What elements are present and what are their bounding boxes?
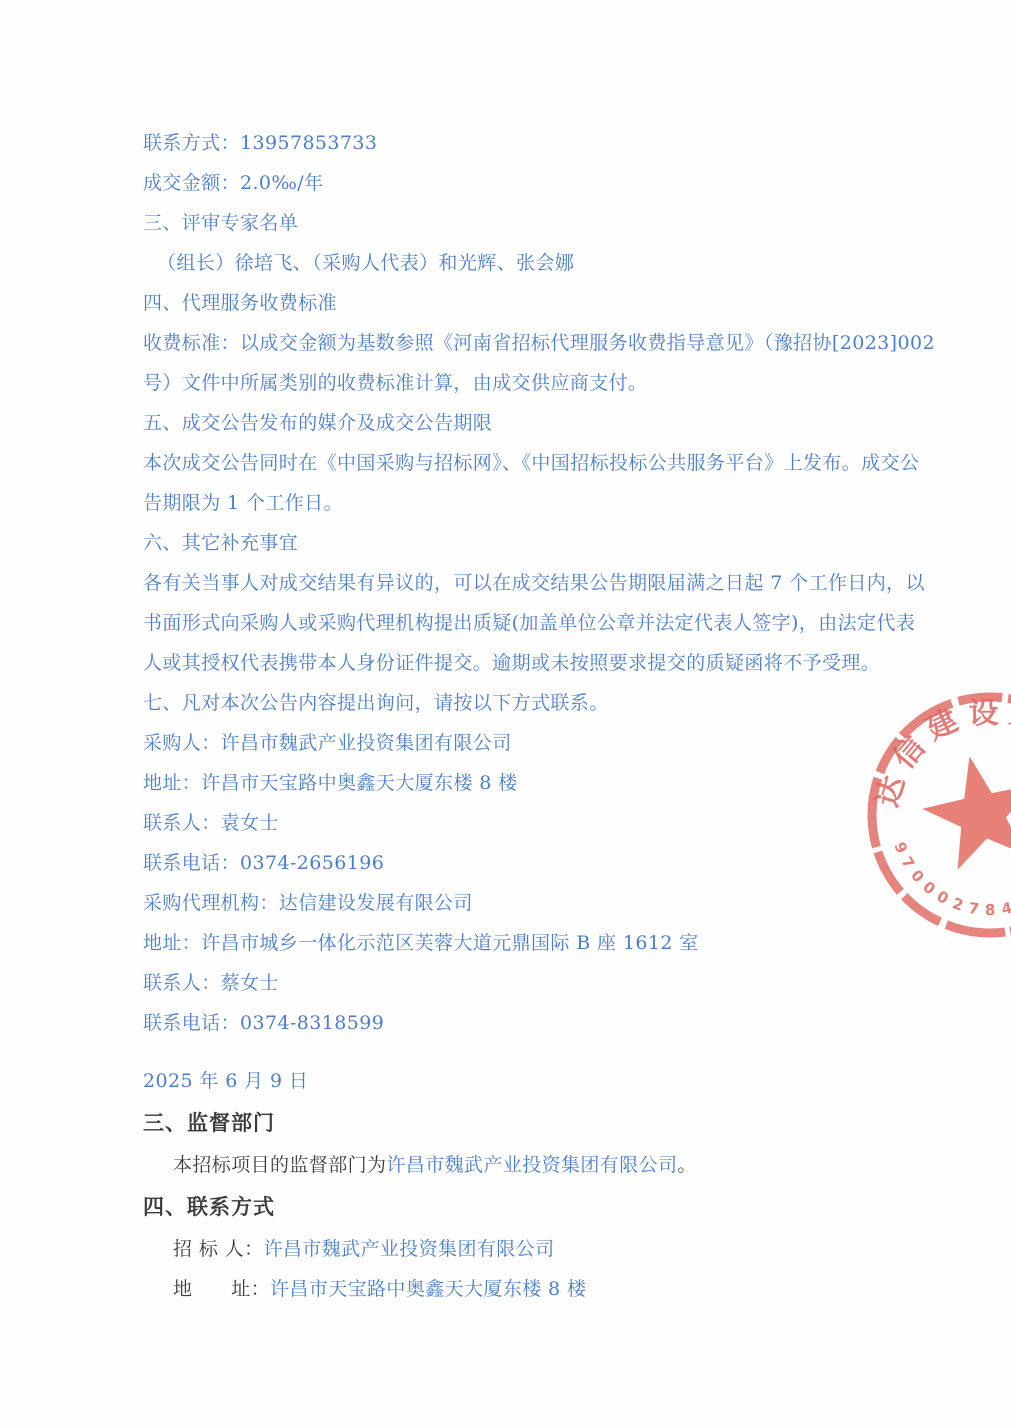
purchaser-line: 采购人：许昌市魏武产业投资集团有限公司 (143, 732, 883, 754)
document-body: 联系方式：13957853733 成交金额：2.0‰/年 三、评审专家名单 （组… (143, 132, 883, 1318)
objection-line-1: 各有关当事人对成交结果有异议的，可以在成交结果公告期限届满之日起 7 个工作日内… (143, 572, 883, 594)
deal-amount-line: 成交金额：2.0‰/年 (143, 172, 883, 194)
seal-outer-ring (872, 697, 1011, 933)
seal-serial-number: 97000278438 (890, 839, 1011, 919)
purchaser-contact-line: 联系人：袁女士 (143, 812, 883, 834)
fee-standard-line-1: 收费标准：以成交金额为基数参照《河南省招标代理服务收费指导意见》（豫招协[202… (143, 332, 883, 354)
section-heading-agency-fee: 四、代理服务收费标准 (143, 292, 883, 314)
section-heading-contact-info: 四、联系方式 (143, 1194, 883, 1220)
agency-phone-line: 联系电话：0374-8318599 (143, 1012, 883, 1034)
agency-line: 采购代理机构：达信建设发展有限公司 (143, 892, 883, 914)
supervision-company: 许昌市魏武产业投资集团有限公司 (386, 1154, 677, 1176)
contact-method-line: 联系方式：13957853733 (143, 132, 883, 154)
bidder-value: 许昌市魏武产业投资集团有限公司 (263, 1238, 554, 1260)
fee-standard-line-2: 号）文件中所属类别的收费标准计算，由成交供应商支付。 (143, 372, 883, 394)
expert-names-line: （组长）徐培飞、（采购人代表）和光辉、张会娜 (143, 252, 883, 274)
bidder-address-label: 地 址： (173, 1278, 270, 1300)
bidder-address-value: 许昌市天宝路中奥鑫天大厦东楼 8 楼 (270, 1278, 586, 1300)
announcement-media-line-1: 本次成交公告同时在《中国采购与招标网》、《中国招标投标公共服务平台》上发布。成交… (143, 452, 883, 474)
announcement-date: 2025 年 6 月 9 日 (143, 1070, 883, 1092)
bidder-address-line: 地 址：许昌市天宝路中奥鑫天大厦东楼 8 楼 (143, 1278, 883, 1300)
agency-address-line: 地址：许昌市城乡一体化示范区芙蓉大道元鼎国际 B 座 1612 室 (143, 932, 883, 954)
section-heading-inquiry-contact: 七、凡对本次公告内容提出询问，请按以下方式联系。 (143, 692, 883, 714)
supervision-dept-line: 本招标项目的监督部门为许昌市魏武产业投资集团有限公司。 (143, 1154, 883, 1176)
seal-star-icon (922, 756, 1011, 870)
bidder-label: 招 标 人： (173, 1238, 263, 1260)
section-heading-supplementary: 六、其它补充事宜 (143, 532, 883, 554)
announcement-media-line-2: 告期限为 1 个工作日。 (143, 492, 883, 514)
supervision-period: 。 (677, 1154, 696, 1176)
agency-contact-line: 联系人：蔡女士 (143, 972, 883, 994)
document-page: 联系方式：13957853733 成交金额：2.0‰/年 三、评审专家名单 （组… (0, 0, 1011, 1428)
section-heading-supervision-dept: 三、监督部门 (143, 1110, 883, 1136)
bidder-line: 招 标 人：许昌市魏武产业投资集团有限公司 (143, 1238, 883, 1260)
supervision-prefix: 本招标项目的监督部门为 (173, 1154, 386, 1176)
purchaser-phone-line: 联系电话：0374-2656196 (143, 852, 883, 874)
section-heading-expert-list: 三、评审专家名单 (143, 212, 883, 234)
objection-line-3: 人或其授权代表携带本人身份证件提交。逾期或未按照要求提交的质疑函将不予受理。 (143, 652, 883, 674)
section-heading-announcement-media: 五、成交公告发布的媒介及成交公告期限 (143, 412, 883, 434)
objection-line-2: 书面形式向采购人或采购代理机构提出质疑(加盖单位公章并法定代表人签字)，由法定代… (143, 612, 883, 634)
purchaser-address-line: 地址：许昌市天宝路中奥鑫天大厦东楼 8 楼 (143, 772, 883, 794)
